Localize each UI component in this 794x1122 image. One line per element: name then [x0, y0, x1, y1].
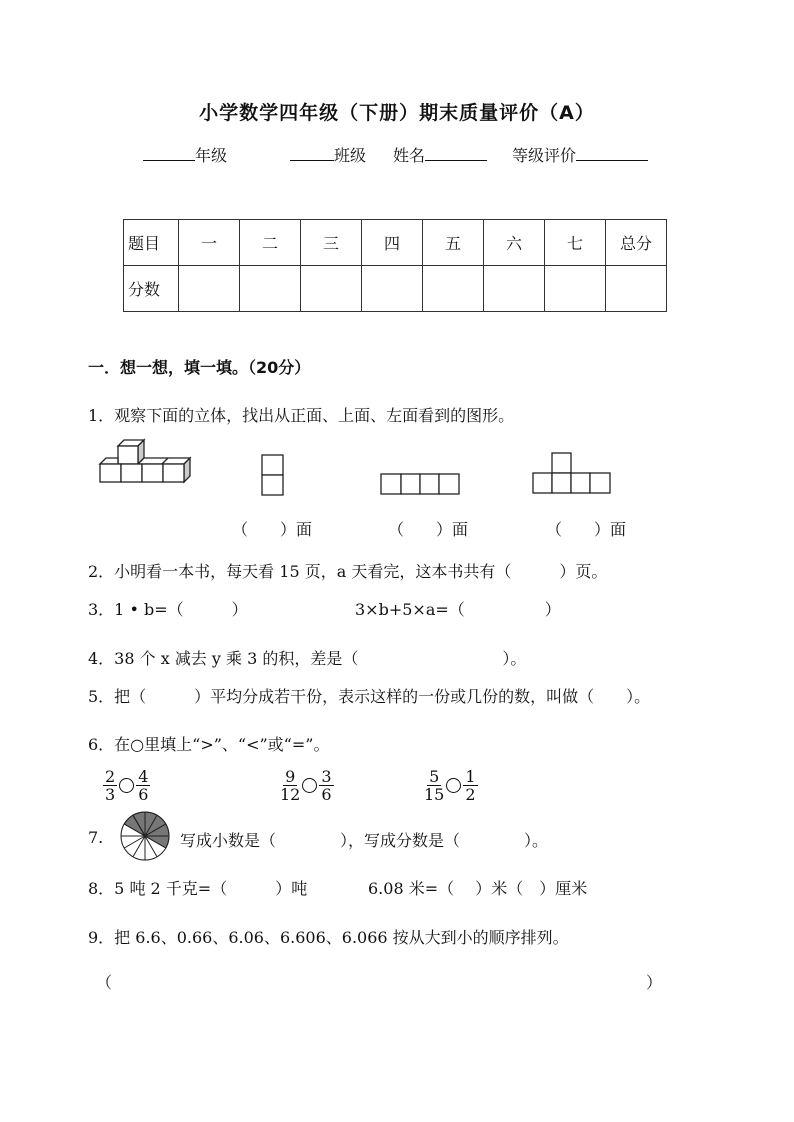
score-cell[interactable]: [240, 266, 301, 312]
question-1-text: 1．观察下面的立体，找出从正面、上面、左面看到的图形。: [88, 403, 514, 426]
view-figure-vertical: [261, 454, 285, 496]
header-cell: 总分: [606, 220, 667, 266]
answer-blank-2[interactable]: （ ）面: [388, 517, 468, 540]
question-3a-text: 3．1 • b=（ ）: [88, 597, 248, 620]
compare-circle-input[interactable]: [302, 778, 317, 793]
cube-solid-figure: [98, 436, 196, 488]
page-title: 小学数学四年级（下册）期末质量评价（A）: [0, 98, 794, 125]
row-label: 分数: [124, 266, 179, 312]
grade-label: 年级: [195, 146, 227, 165]
answer-blank-3[interactable]: （ ）面: [546, 517, 626, 540]
score-cell[interactable]: [545, 266, 606, 312]
question-7-number: 7.: [88, 828, 103, 847]
grade-blank[interactable]: [143, 144, 195, 161]
pie-fraction-icon: [119, 810, 171, 862]
score-table-header-row: 题目 一 二 三 四 五 六 七 总分: [124, 220, 667, 266]
name-label: 姓名: [393, 146, 425, 165]
header-cell: 七: [545, 220, 606, 266]
compare-circle-input[interactable]: [446, 778, 461, 793]
class-label: 班级: [334, 146, 366, 165]
rating-blank[interactable]: [576, 144, 648, 161]
score-cell[interactable]: [362, 266, 423, 312]
compare-circle-input[interactable]: [119, 778, 134, 793]
header-cell: 四: [362, 220, 423, 266]
view-figure-t-shape: [532, 452, 614, 495]
score-cell[interactable]: [423, 266, 484, 312]
fraction: 36: [319, 768, 333, 803]
score-cell[interactable]: [484, 266, 545, 312]
header-cell: 六: [484, 220, 545, 266]
question-9-text: 9．把 6.6、0.66、6.06、6.606、6.066 按从大到小的顺序排列…: [88, 925, 569, 948]
question-9-answer-area[interactable]: [118, 968, 638, 992]
comparison-1: 2346: [103, 768, 150, 803]
fraction: 912: [280, 768, 300, 803]
question-8b-text: 6.08 米=（ ）米（ ）厘米: [368, 876, 587, 899]
fraction: 46: [136, 768, 150, 803]
question-7-text: 写成小数是（ ），写成分数是（ ）。: [180, 828, 548, 851]
header-cell: 题目: [124, 220, 179, 266]
question-4-text: 4．38 个 x 减去 y 乘 3 的积，差是（ ）。: [88, 646, 526, 669]
score-cell[interactable]: [179, 266, 240, 312]
question-3b-text: 3×b+5×a=（ ）: [355, 597, 561, 620]
rating-field: 等级评价: [512, 143, 648, 166]
header-cell: 三: [301, 220, 362, 266]
comparison-3: 51512: [424, 768, 478, 803]
question-8a-text: 8．5 吨 2 千克=（ ）吨: [88, 876, 307, 899]
class-blank[interactable]: [290, 144, 334, 161]
header-cell: 五: [423, 220, 484, 266]
header-cell: 二: [240, 220, 301, 266]
answer-open-paren: （: [96, 970, 112, 993]
question-2-text: 2．小明看一本书，每天看 15 页，a 天看完，这本书共有（ ）页。: [88, 559, 607, 582]
header-cell: 一: [179, 220, 240, 266]
score-table: 题目 一 二 三 四 五 六 七 总分 分数: [123, 219, 667, 312]
score-cell[interactable]: [301, 266, 362, 312]
answer-close-paren: ）: [646, 970, 662, 993]
answer-blank-1[interactable]: （ ）面: [232, 517, 312, 540]
name-field: 姓名: [393, 143, 487, 166]
fraction: 12: [463, 768, 477, 803]
question-6-text: 6．在○里填上“>”、“<”或“=”。: [88, 732, 329, 755]
score-cell[interactable]: [606, 266, 667, 312]
rating-label: 等级评价: [512, 146, 576, 165]
score-table-score-row: 分数: [124, 266, 667, 312]
question-5-text: 5．把（ ）平均分成若干份，表示这样的一份或几份的数，叫做（ ）。: [88, 684, 650, 707]
section-heading: 一．想一想，填一填。（20分）: [88, 355, 310, 378]
fraction: 23: [103, 768, 117, 803]
view-figure-row: [380, 473, 462, 496]
fraction: 515: [424, 768, 444, 803]
class-field: 班级: [290, 143, 366, 166]
name-blank[interactable]: [425, 144, 487, 161]
grade-field: 年级: [143, 143, 227, 166]
comparison-2: 91236: [280, 768, 334, 803]
